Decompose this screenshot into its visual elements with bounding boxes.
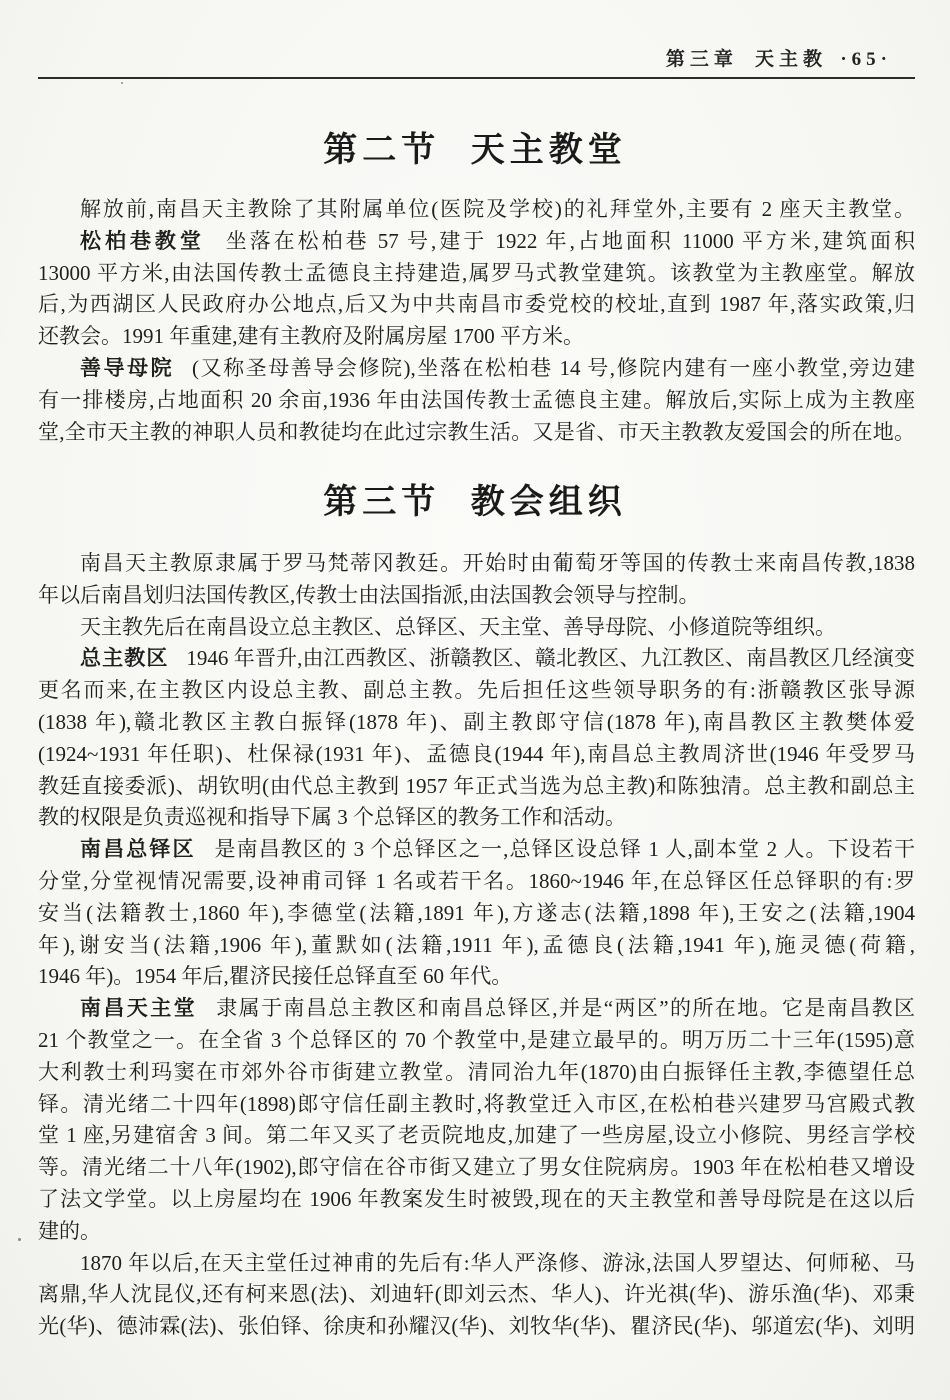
text-run: (又称圣母善导会修院),坐落在松柏巷 14 号,修院内建有一座小教堂,旁边建 [192, 356, 915, 380]
running-head: 第三章天主教·65· [666, 44, 892, 71]
text-line: 安当(法籍教士,1860 年),李德堂(法籍,1891 年),方遂志(法籍,18… [38, 898, 915, 930]
paragraph: 南昌天主堂隶属于南昌总主教区和南昌总铎区,并是“两区”的所在地。它是南昌教区 2… [38, 993, 915, 1247]
text-run: 坐落在松柏巷 57 号,建于 1922 年,占地面积 11000 平方米,建筑面… [223, 229, 915, 253]
header-rule [38, 77, 915, 79]
text-line: 还教会。1991 年重建,建有主教府及附属房屋 1700 平方米。 [38, 321, 915, 353]
paragraph: 总主教区1946 年晋升,由江西教区、浙赣教区、赣北教区、九江教区、南昌教区几经… [38, 643, 915, 834]
text-line: 堂 1 座,另建宿舍 3 间。第二年又买了老贡院地皮,加建了一些房屋,设立小修院… [38, 1120, 915, 1152]
text-line: 大利教士利玛窦在市郊外谷市街建立教堂。清同治九年(1870)由白振铎任主教,李德… [38, 1057, 915, 1089]
paragraph-lead: 总主教区 [80, 647, 169, 670]
text-line: (1924~1931 年任职)、杜保禄(1931 年)、孟德良(1944 年),… [38, 739, 915, 771]
section-title-3: 第三节教会组织 [0, 474, 950, 523]
text-line: 分堂,分堂视情况需要,设神甫司铎 1 名或若干名。1860~1946 年,在总铎… [38, 866, 915, 898]
text-run: 是南昌教区的 3 个总铎区之一,总铎区设总铎 1 人,副本堂 2 人。下设若干 [213, 837, 915, 861]
text-line: 了法文学堂。以上房屋均在 1906 年教案发生时被毁,现在的天主教堂和善导母院是… [38, 1184, 915, 1216]
text-run: 1946 年晋升,由江西教区、浙赣教区、赣北教区、九江教区、南昌教区几经演变 [186, 646, 915, 670]
book-page: 第三章天主教·65· 第二节天主教堂 解放前,南昌天主教除了其附属单位(医院及学… [0, 0, 950, 1400]
text-line: 年),谢安当(法籍,1906 年),董默如(法籍,1911 年),孟德良(法籍,… [38, 930, 915, 962]
section-title-2: 第二节天主教堂 [0, 122, 950, 171]
paragraph-lead: 南昌天主堂 [80, 997, 197, 1020]
paragraph: 松柏巷教堂坐落在松柏巷 57 号,建于 1922 年,占地面积 11000 平方… [38, 226, 915, 353]
text-run: 隶属于南昌总主教区和南昌总铎区,并是“两区”的所在地。它是南昌教区 [215, 996, 915, 1020]
text-line: 更名而来,在主教区内设总主教、副总主教。先后担任这些领导职务的有:浙赣教区张导源 [38, 675, 915, 707]
section-3-body: 南昌天主教原隶属于罗马梵蒂冈教廷。开始时由葡萄牙等国的传教士来南昌传教,1838… [38, 548, 915, 1343]
paragraph-lead: 善导母院 [80, 357, 174, 380]
page-number: ·65· [840, 49, 892, 70]
text-line: 南昌总铎区是南昌教区的 3 个总铎区之一,总铎区设总铎 1 人,副本堂 2 人。… [38, 834, 915, 866]
text-line: 南昌天主堂隶属于南昌总主教区和南昌总铎区,并是“两区”的所在地。它是南昌教区 [38, 993, 915, 1025]
section-name: 天主教堂 [471, 132, 627, 169]
paragraph: 善导母院(又称圣母善导会修院),坐落在松柏巷 14 号,修院内建有一座小教堂,旁… [38, 353, 915, 448]
scan-speck [18, 1238, 21, 1241]
text-line: 光(华)、德沛霖(法)、张伯铎、徐庚和孙耀汉(华)、刘牧华(华)、瞿济民(华)、… [38, 1311, 915, 1343]
text-line: (1838 年),赣北教区主教白振铎(1878 年)、副主教郎守信(1878 年… [38, 707, 915, 739]
text-line: 13000 平方米,由法国传教士孟德良主持建造,属罗马式教堂建筑。该教堂为主教座… [38, 258, 915, 290]
text-line: 离鼎,华人沈昆仪,还有柯来恩(法)、刘迪轩(即刘云杰、华人)、许光祺(华)、游乐… [38, 1279, 915, 1311]
paragraph: 南昌总铎区是南昌教区的 3 个总铎区之一,总铎区设总铎 1 人,副本堂 2 人。… [38, 834, 915, 993]
text-line: 铎。清光绪二十四年(1898)郎守信任副主教时,将教堂迁入市区,在松柏巷兴建罗马… [38, 1089, 915, 1121]
paragraph-lead: 松柏巷教堂 [80, 230, 205, 253]
text-line: 松柏巷教堂坐落在松柏巷 57 号,建于 1922 年,占地面积 11000 平方… [38, 226, 915, 258]
text-line: 堂,全市天主教的神职人员和教徒均在此过宗教生活。又是省、市天主教教友爱国会的所在… [38, 417, 915, 449]
text-line: 教的权限是负责巡视和指导下属 3 个总铎区的教务工作和活动。 [38, 802, 915, 834]
paragraph: 1870 年以后,在天主堂任过神甫的先后有:华人严涤修、游泳,法国人罗望达、何师… [38, 1248, 915, 1343]
text-line: 善导母院(又称圣母善导会修院),坐落在松柏巷 14 号,修院内建有一座小教堂,旁… [38, 353, 915, 385]
section-number: 第三节 [323, 484, 440, 521]
section-number: 第二节 [323, 132, 440, 169]
text-line: 等。清光绪二十八年(1902),郎守信在谷市街又建立了男女住院病房。1903 年… [38, 1152, 915, 1184]
paragraph: 天主教先后在南昌设立总主教区、总铎区、天主堂、善导母院、小修道院等组织。 [38, 612, 915, 644]
paragraph: 南昌天主教原隶属于罗马梵蒂冈教廷。开始时由葡萄牙等国的传教士来南昌传教,1838… [38, 548, 915, 612]
text-line: 21 个教堂之一。在全省 3 个总铎区的 70 个教堂中,是建立最早的。明万历二… [38, 1025, 915, 1057]
text-line: 1870 年以后,在天主堂任过神甫的先后有:华人严涤修、游泳,法国人罗望达、何师… [38, 1248, 915, 1280]
text-line: 有一排楼房,占地面积 20 余亩,1936 年由法国传教士孟德良主建。解放后,实… [38, 385, 915, 417]
text-line: 1946 年)。1954 年后,瞿济民接任总铎直至 60 年代。 [38, 961, 915, 993]
text-line: 总主教区1946 年晋升,由江西教区、浙赣教区、赣北教区、九江教区、南昌教区几经… [38, 643, 915, 675]
text-line: 教廷直接委派)、胡钦明(由代总主教到 1957 年正式当选为总主教)和陈独清。总… [38, 771, 915, 803]
text-line: 天主教先后在南昌设立总主教区、总铎区、天主堂、善导母院、小修道院等组织。 [38, 612, 915, 644]
running-head-chapter: 第三章 [666, 49, 738, 70]
text-line: 后,为西湖区人民政府办公地点,后又为中共南昌市委党校的校址,直到 1987 年,… [38, 289, 915, 321]
running-head-subject: 天主教 [755, 49, 827, 70]
text-line: 建的。 [38, 1216, 915, 1248]
paragraph-lead: 南昌总铎区 [80, 838, 196, 861]
paragraph: 解放前,南昌天主教除了其附属单位(医院及学校)的礼拜堂外,主要有 2 座天主教堂… [38, 194, 915, 226]
text-line: 解放前,南昌天主教除了其附属单位(医院及学校)的礼拜堂外,主要有 2 座天主教堂… [38, 194, 915, 226]
section-2-body: 解放前,南昌天主教除了其附属单位(医院及学校)的礼拜堂外,主要有 2 座天主教堂… [38, 194, 915, 448]
section-name: 教会组织 [471, 484, 627, 521]
scan-speck [121, 82, 123, 84]
text-line: 南昌天主教原隶属于罗马梵蒂冈教廷。开始时由葡萄牙等国的传教士来南昌传教,1838 [38, 548, 915, 580]
text-line: 年以后南昌划归法国传教区,传教士由法国指派,由法国教会领导与控制。 [38, 580, 915, 612]
